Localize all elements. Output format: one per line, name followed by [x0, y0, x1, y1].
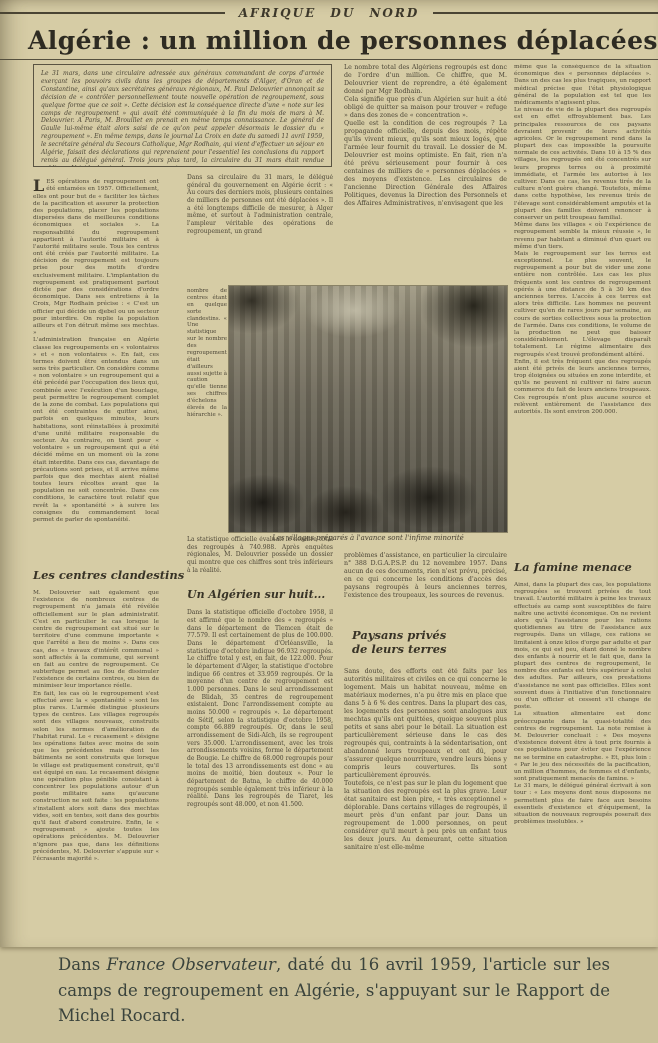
- headline: Algérie : un million de personnes déplac…: [28, 26, 632, 55]
- dropcap-L: L: [33, 179, 46, 192]
- masthead-rule-right: [433, 12, 658, 14]
- footer-caption-part1: Dans: [58, 955, 107, 974]
- heading-centres-clandestins: Les centres clandestins: [33, 568, 184, 582]
- newspaper-clipping: AFRIQUE DU NORD Algérie : un million de …: [0, 0, 658, 947]
- column-1-after: M. Delouvrier sait également que l'exist…: [33, 590, 159, 942]
- heading-un-algerien-sur-huit: Un Algérien sur huit...: [187, 588, 333, 601]
- headline-rule: [0, 59, 658, 60]
- column-1-lead-text: ES opérations de regroupement ont été en…: [33, 179, 159, 523]
- column-3-after: Sans doute, des efforts ont été faits pa…: [344, 668, 507, 944]
- column-2-top: Dans sa circulaire du 31 mars, le délégu…: [187, 174, 333, 284]
- scan-background: AFRIQUE DU NORD Algérie : un million de …: [0, 0, 658, 1043]
- column-4-after: Ainsi, dans la plupart des cas, les popu…: [514, 582, 651, 942]
- photo-caption: Les villages préparés à l'avance sont l'…: [229, 534, 507, 542]
- heading-la-famine-menace: La famine menace: [514, 560, 632, 574]
- heading-paysans-prives: Paysans privés de leurs terres: [352, 628, 446, 656]
- heading-paysans-prives-line1: Paysans privés: [352, 628, 446, 642]
- footer-caption: Dans France Observateur, daté du 16 avri…: [58, 952, 610, 1029]
- column-4-top: même que la conséquence de la situation …: [514, 64, 651, 556]
- heading-paysans-prives-line2: de leurs terres: [352, 642, 446, 656]
- journal-name: France Observateur: [107, 955, 276, 974]
- column-2-stats: Dans la statistique officielle d'octobre…: [187, 609, 333, 808]
- regroupement-camp-photo: [229, 286, 507, 532]
- column-1-lead: LES opérations de regroupement ont été e…: [33, 172, 159, 558]
- intro-box: Le 31 mars, dans une circulaire adressée…: [33, 64, 332, 167]
- masthead-rule-left: [0, 12, 225, 14]
- column-2-wrap-strip: nombre de centres étant en quelque sorte…: [187, 288, 227, 530]
- intro-text: Le 31 mars, dans une circulaire adressée…: [41, 70, 324, 167]
- column-3-mid: problèmes d'assistance, en particulier l…: [344, 552, 507, 626]
- column-3-top: Le nombre total des Algériens regroupés …: [344, 64, 507, 284]
- masthead-section-title: AFRIQUE DU NORD: [239, 6, 420, 20]
- column-2-bottom: La statistique officielle évaluait le no…: [187, 536, 333, 944]
- masthead: AFRIQUE DU NORD: [0, 6, 658, 20]
